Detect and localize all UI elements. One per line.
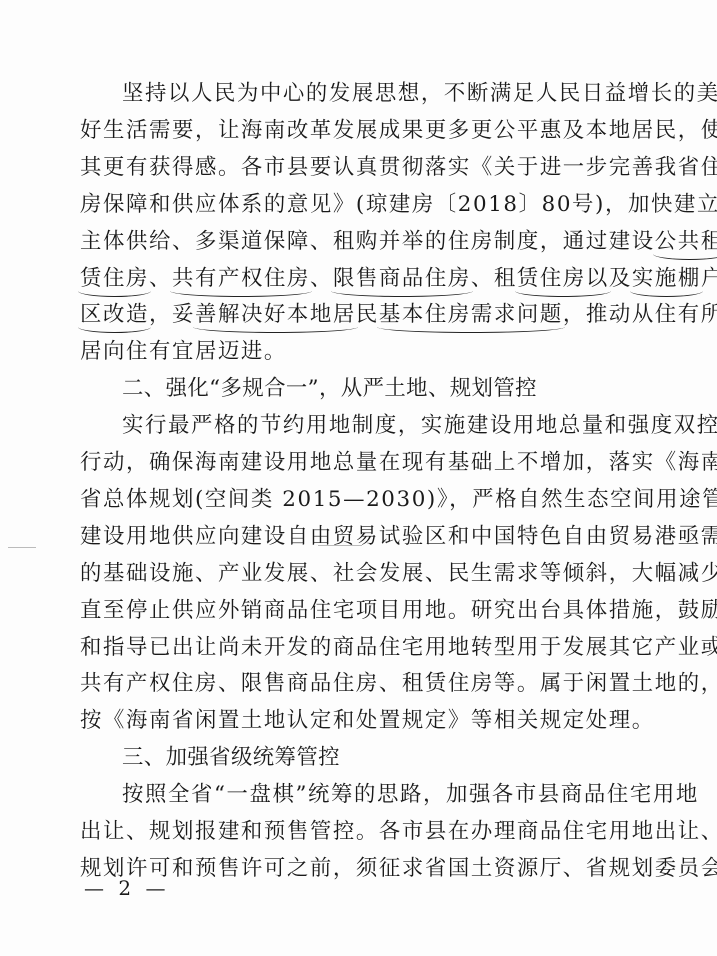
- handwritten-underline: 实施棚: [632, 266, 701, 291]
- text-segment: 主体供给、多渠道保障、租购并举的住房制度，通过建设: [80, 229, 655, 254]
- page-number: — 2 —: [84, 876, 169, 900]
- handwritten-underline: 赁住房以: [517, 266, 609, 291]
- paragraph-2-line: 的基础设施、产业发展、社会发展、民生需求等倾斜，大幅减少: [80, 555, 680, 592]
- text-segment: 房保障和供应体系的意见》(琼建房〔2018〕80号)，加快建立多: [80, 192, 717, 217]
- paragraph-1-line: 赁住房、共有产权住房、限售商品住房、租赁住房以及实施棚户: [80, 260, 680, 297]
- paragraph-2-line: 直至停止供应外销商品住宅项目用地。研究出台具体措施，鼓励: [80, 592, 680, 629]
- paragraph-2-line: 共有产权住房、限售商品住房、租赁住房等。属于闲置土地的，: [80, 665, 680, 702]
- handwritten-underline: 赁住房: [80, 266, 149, 291]
- paragraph-2-line: 省总体规划(空间类 2015—2030)》，严格自然生态空间用途管制。: [80, 481, 680, 518]
- text-segment: 坚持以人民为中心的发展思想，不断满足人民日益增长的美: [122, 81, 717, 106]
- text-segment: 其更有获得感。各市县要认真贯彻落实《关于进一步完善我省住: [80, 155, 717, 180]
- section-heading-2: 二、强化“多规合一”，从严土地、规划管控: [122, 370, 682, 407]
- handwritten-underline: 区改造: [80, 302, 149, 327]
- handwritten-underline: 公共租: [655, 229, 717, 254]
- text-segment: ，妥: [149, 302, 195, 327]
- paragraph-2-line: 建设用地供应向建设自由贸易试验区和中国特色自由贸易港亟需: [80, 518, 680, 555]
- paragraph-2-line: 实行最严格的节约用地制度，实施建设用地总量和强度双控: [122, 407, 682, 444]
- paragraph-1-line: 主体供给、多渠道保障、租购并举的住房制度，通过建设公共租: [80, 223, 680, 260]
- text-segment: 、: [149, 266, 172, 291]
- paragraph-3-line: 按照全省“一盘棋”统筹的思路，加强各市县商品住宅用地: [122, 776, 682, 813]
- text-segment: 、租: [471, 266, 517, 291]
- handwritten-underline: 善解决好本地居: [195, 302, 356, 327]
- section-heading-3: 三、加强省级统筹管控: [122, 739, 682, 776]
- paragraph-2-line: 行动，确保海南建设用地总量在现有基础上不增加，落实《海南: [80, 444, 680, 481]
- paragraph-1-line: 好生活需要，让海南改革发展成果更多更公平惠及本地居民，使: [80, 112, 680, 149]
- text-segment: 户: [701, 266, 717, 291]
- text-segment: 民: [356, 302, 379, 327]
- paragraph-2-line: 和指导已出让尚未开发的商品住宅用地转型用于发展其它产业或: [80, 629, 680, 666]
- paragraph-3-line: 出让、规划报建和预售管控。各市县在办理商品住宅用地出让、: [80, 813, 680, 850]
- text-segment: 及: [609, 266, 632, 291]
- paragraph-1-line: 居向住有宜居迈进。: [80, 333, 680, 370]
- handwritten-underline: 基本住房需求问题: [379, 302, 563, 327]
- scan-artifact: [8, 547, 36, 548]
- paragraph-1-line: 坚持以人民为中心的发展思想，不断满足人民日益增长的美: [122, 75, 682, 112]
- document-page: 坚持以人民为中心的发展思想，不断满足人民日益增长的美好生活需要，让海南改革发展成…: [0, 0, 717, 956]
- text-segment: 居向住有宜居迈进。: [80, 339, 287, 364]
- text-segment: ，推动从住有所: [563, 302, 717, 327]
- paragraph-1-line: 房保障和供应体系的意见》(琼建房〔2018〕80号)，加快建立多: [80, 186, 680, 223]
- handwritten-underline: 共有产权住房: [172, 266, 310, 291]
- paragraph-1-line: 区改造，妥善解决好本地居民基本住房需求问题，推动从住有所: [80, 296, 680, 333]
- handwritten-underline: 限售商品住房: [333, 266, 471, 291]
- text-segment: 、: [310, 266, 333, 291]
- paragraph-1-line: 其更有获得感。各市县要认真贯彻落实《关于进一步完善我省住: [80, 149, 680, 186]
- paragraph-2-line: 按《海南省闲置土地认定和处置规定》等相关规定处理。: [80, 702, 680, 739]
- paragraph-3-line: 规划许可和预售许可之前，须征求省国土资源厅、省规划委员会、: [80, 850, 680, 887]
- text-segment: 好生活需要，让海南改革发展成果更多更公平惠及本地居民，使: [80, 118, 717, 143]
- scan-artifact: [318, 545, 362, 546]
